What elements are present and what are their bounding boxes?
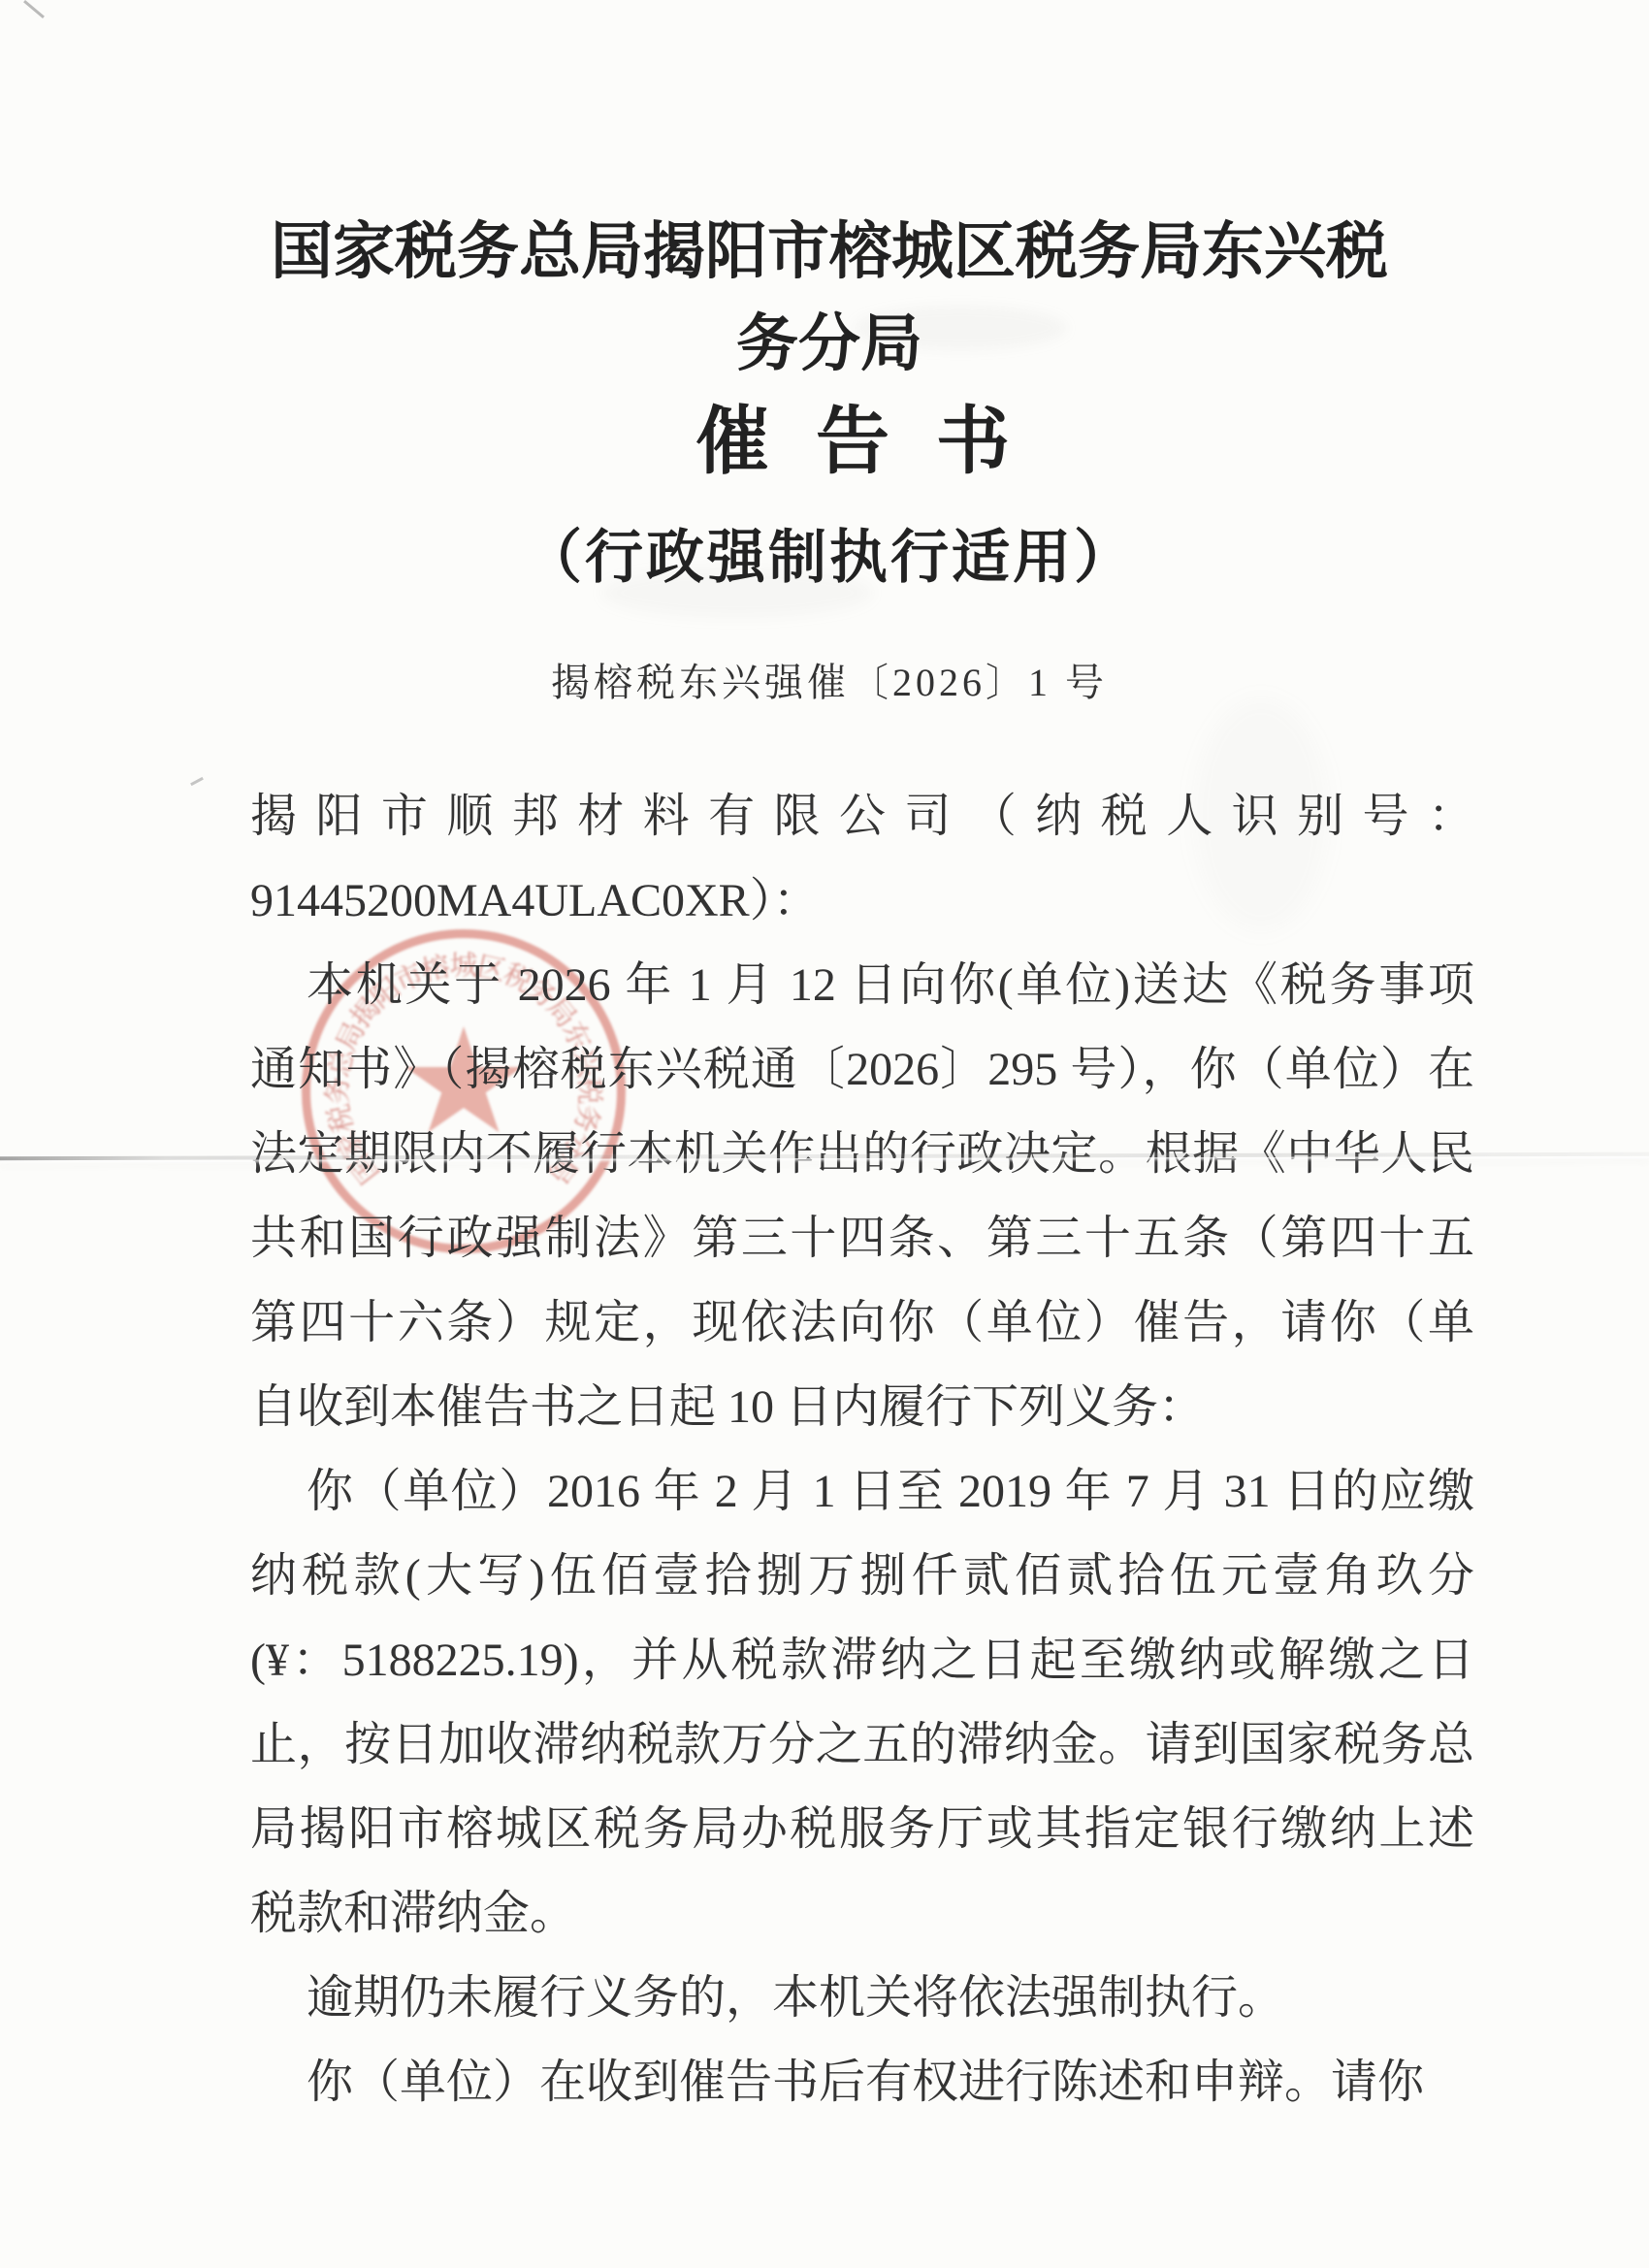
body-line-10: 纳税款(大写)伍佰壹拾捌万捌仟贰佰贰拾伍元壹角玖分 [250,1534,1474,1618]
body-line-4: 通知书》（揭榕税东兴税通〔2026〕295 号），你（单位）在 [250,1027,1474,1112]
agency-name-line-2: 务分局 [233,298,1426,390]
body-line-1: 揭阳市顺邦材料有限公司（纳税人识别号： [250,774,1474,859]
body-line-11: (¥：5188225.19)，并从税款滞纳之日起至缴纳或解缴之日 [250,1618,1474,1702]
body-line-7: 第四十六条）规定，现依法向你（单位）催告，请你（单位） [250,1280,1474,1365]
body-line-16: 你（单位）在收到催告书后有权进行陈述和申辩。请你 [250,2040,1474,2124]
body-line-15: 逾期仍未履行义务的，本机关将依法强制执行。 [250,1956,1474,2040]
body-line-14: 税款和滞纳金。 [250,1871,1474,1956]
body-line-3: 本机关于 2026 年 1 月 12 日向你(单位)送达《税务事项 [250,943,1474,1027]
scan-speck [190,777,204,786]
document-number: 揭榕税东兴强催〔2026〕1 号 [233,654,1426,712]
body-text: 揭阳市顺邦材料有限公司（纳税人识别号：91445200MA4ULAC0XR）：本… [250,774,1474,2124]
body-line-9: 你（单位）2016 年 2 月 1 日至 2019 年 7 月 31 日的应缴 [250,1449,1474,1534]
body-line-13: 局揭阳市榕城区税务局办税服务厅或其指定银行缴纳上述 [250,1787,1474,1871]
body-line-12: 止，按日加收滞纳税款万分之五的滞纳金。请到国家税务总 [250,1702,1474,1787]
body-line-2: 91445200MA4ULAC0XR）： [250,859,1474,943]
document-page: 国家税务总局揭阳市榕城区税务局东兴税务分局 国家税务总局揭阳市榕城区税务局东兴税… [0,0,1649,2268]
scan-speck [23,0,45,18]
body-line-8: 自收到本催告书之日起 10 日内履行下列义务： [250,1365,1474,1449]
body-line-6: 共和国行政强制法》第三十四条、第三十五条（第四十五条、 [250,1196,1474,1280]
document-subtitle: （行政强制执行适用） [233,512,1426,604]
agency-name-line-1: 国家税务总局揭阳市榕城区税务局东兴税 [233,206,1426,298]
document-title: 催告书 [233,392,1472,493]
